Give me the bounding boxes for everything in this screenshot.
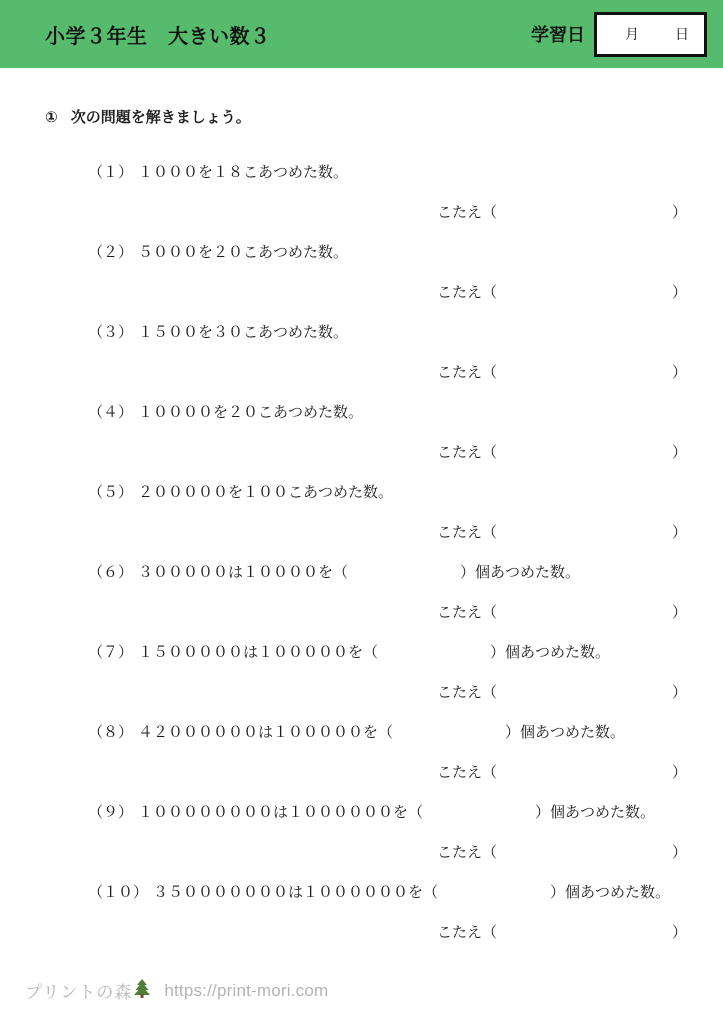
answer-line: こたえ（） (45, 523, 723, 543)
inline-answer-blank[interactable] (393, 736, 505, 737)
evergreen-tree-icon (134, 979, 150, 1003)
problem-text-after: ）個あつめた数。 (550, 884, 670, 901)
question-line: （１０）３５０００００００は１００００００を（）個あつめた数。 (45, 883, 723, 903)
answer-close-paren: ） (672, 284, 687, 301)
inline-answer-blank[interactable] (438, 896, 550, 897)
answer-blank[interactable] (497, 296, 672, 297)
answer-label: こたえ（ (437, 684, 497, 701)
answer-blank[interactable] (497, 536, 672, 537)
study-date-label: 学習日 (531, 21, 585, 47)
answer-label: こたえ（ (437, 844, 497, 861)
problem-text-after: ）個あつめた数。 (490, 644, 610, 661)
study-date-area: 学習日 月 日 (531, 12, 707, 57)
answer-line: こたえ（） (45, 283, 723, 303)
inline-answer-blank[interactable] (423, 816, 535, 817)
problem-row: （３）１５００を３０こあつめた数。こたえ（） (45, 323, 723, 383)
problem-number: （６） (88, 564, 133, 581)
answer-blank[interactable] (497, 456, 672, 457)
month-label: 月 (625, 24, 639, 44)
answer-line: こたえ（） (45, 683, 723, 703)
problem-row: （８）４２００００００は１０００００を（）個あつめた数。こたえ（） (45, 723, 723, 783)
problem-text: １０００を１８こあつめた数。 (138, 164, 348, 181)
answer-line: こたえ（） (45, 763, 723, 783)
answer-label: こたえ（ (437, 364, 497, 381)
answer-line: こたえ（） (45, 363, 723, 383)
answer-line: こたえ（） (45, 923, 723, 943)
answer-label: こたえ（ (437, 284, 497, 301)
question-line: （８）４２００００００は１０００００を（）個あつめた数。 (45, 723, 723, 743)
answer-label: こたえ（ (437, 204, 497, 221)
site-url[interactable]: https://print-mori.com (164, 981, 328, 1001)
answer-label: こたえ（ (437, 524, 497, 541)
problem-row: （１）１０００を１８こあつめた数。こたえ（） (45, 163, 723, 223)
question-line: （１）１０００を１８こあつめた数。 (45, 163, 723, 183)
question-line: （３）１５００を３０こあつめた数。 (45, 323, 723, 343)
problem-number: （９） (88, 804, 133, 821)
answer-label: こたえ（ (437, 604, 497, 621)
problem-text: ３０００００は１００００を（ (138, 564, 348, 581)
instruction: ① 次の問題を解きましょう。 (45, 108, 723, 128)
answer-close-paren: ） (672, 604, 687, 621)
question-line: （６）３０００００は１００００を（）個あつめた数。 (45, 563, 723, 583)
study-date-box[interactable]: 月 日 (594, 12, 707, 57)
problem-number: （１） (88, 164, 133, 181)
problem-row: （１０）３５０００００００は１００００００を（）個あつめた数。こたえ（） (45, 883, 723, 943)
problem-text: ４２００００００は１０００００を（ (138, 724, 393, 741)
answer-blank[interactable] (497, 856, 672, 857)
answer-label: こたえ（ (437, 444, 497, 461)
question-line: （９）１００００００００は１００００００を（）個あつめた数。 (45, 803, 723, 823)
answer-label: こたえ（ (437, 764, 497, 781)
day-label: 日 (675, 24, 689, 44)
inline-answer-blank[interactable] (348, 576, 460, 577)
answer-close-paren: ） (672, 524, 687, 541)
problem-text: １５００を３０こあつめた数。 (138, 324, 348, 341)
problem-text-after: ）個あつめた数。 (505, 724, 625, 741)
answer-blank[interactable] (497, 696, 672, 697)
answer-close-paren: ） (672, 444, 687, 461)
question-line: （２）５０００を２０こあつめた数。 (45, 243, 723, 263)
answer-blank[interactable] (497, 936, 672, 937)
problem-number: （５） (88, 484, 133, 501)
problem-number: （２） (88, 244, 133, 261)
answer-blank[interactable] (497, 616, 672, 617)
problem-number: （８） (88, 724, 133, 741)
answer-close-paren: ） (672, 924, 687, 941)
problem-row: （６）３０００００は１００００を（）個あつめた数。こたえ（） (45, 563, 723, 623)
inline-answer-blank[interactable] (378, 656, 490, 657)
problem-text-after: ）個あつめた数。 (460, 564, 580, 581)
problem-row: （４）１００００を２０こあつめた数。こたえ（） (45, 403, 723, 463)
answer-line: こたえ（） (45, 603, 723, 623)
instruction-text: 次の問題を解きましょう。 (71, 108, 251, 128)
answer-line: こたえ（） (45, 443, 723, 463)
answer-close-paren: ） (672, 764, 687, 781)
answer-close-paren: ） (672, 364, 687, 381)
instruction-number-icon: ① (45, 108, 58, 128)
problem-row: （７）１５０００００は１０００００を（）個あつめた数。こたえ（） (45, 643, 723, 703)
problem-number: （４） (88, 404, 133, 421)
problem-number: （３） (88, 324, 133, 341)
worksheet-body: ① 次の問題を解きましょう。 （１）１０００を１８こあつめた数。こたえ（）（２）… (0, 108, 723, 943)
problem-text: １００００を２０こあつめた数。 (138, 404, 363, 421)
problem-list: （１）１０００を１８こあつめた数。こたえ（）（２）５０００を２０こあつめた数。こ… (45, 163, 723, 943)
problem-number: （７） (88, 644, 133, 661)
problem-text: ２０００００を１００こあつめた数。 (138, 484, 393, 501)
answer-close-paren: ） (672, 844, 687, 861)
site-name: プリントの森 (25, 978, 132, 1003)
worksheet-page: 小学３年生 大きい数３ 学習日 月 日 ① 次の問題を解きましょう。 （１）１０… (0, 0, 723, 1024)
answer-blank[interactable] (497, 776, 672, 777)
question-line: （４）１００００を２０こあつめた数。 (45, 403, 723, 423)
answer-line: こたえ（） (45, 203, 723, 223)
problem-text-after: ）個あつめた数。 (535, 804, 655, 821)
problem-text: ５０００を２０こあつめた数。 (138, 244, 348, 261)
answer-label: こたえ（ (437, 924, 497, 941)
question-line: （５）２０００００を１００こあつめた数。 (45, 483, 723, 503)
problem-row: （５）２０００００を１００こあつめた数。こたえ（） (45, 483, 723, 543)
answer-close-paren: ） (672, 684, 687, 701)
problem-text: １００００００００は１００００００を（ (138, 804, 423, 821)
answer-blank[interactable] (497, 216, 672, 217)
answer-close-paren: ） (672, 204, 687, 221)
problem-number: （１０） (88, 884, 148, 901)
question-line: （７）１５０００００は１０００００を（）個あつめた数。 (45, 643, 723, 663)
worksheet-header: 小学３年生 大きい数３ 学習日 月 日 (0, 0, 723, 68)
worksheet-title: 小学３年生 大きい数３ (45, 20, 271, 49)
answer-line: こたえ（） (45, 843, 723, 863)
problem-text: １５０００００は１０００００を（ (138, 644, 378, 661)
problem-row: （２）５０００を２０こあつめた数。こたえ（） (45, 243, 723, 303)
problem-row: （９）１００００００００は１００００００を（）個あつめた数。こたえ（） (45, 803, 723, 863)
answer-blank[interactable] (497, 376, 672, 377)
worksheet-footer: プリントの森 https://print-mori.com (25, 978, 328, 1003)
problem-text: ３５０００００００は１００００００を（ (153, 884, 438, 901)
